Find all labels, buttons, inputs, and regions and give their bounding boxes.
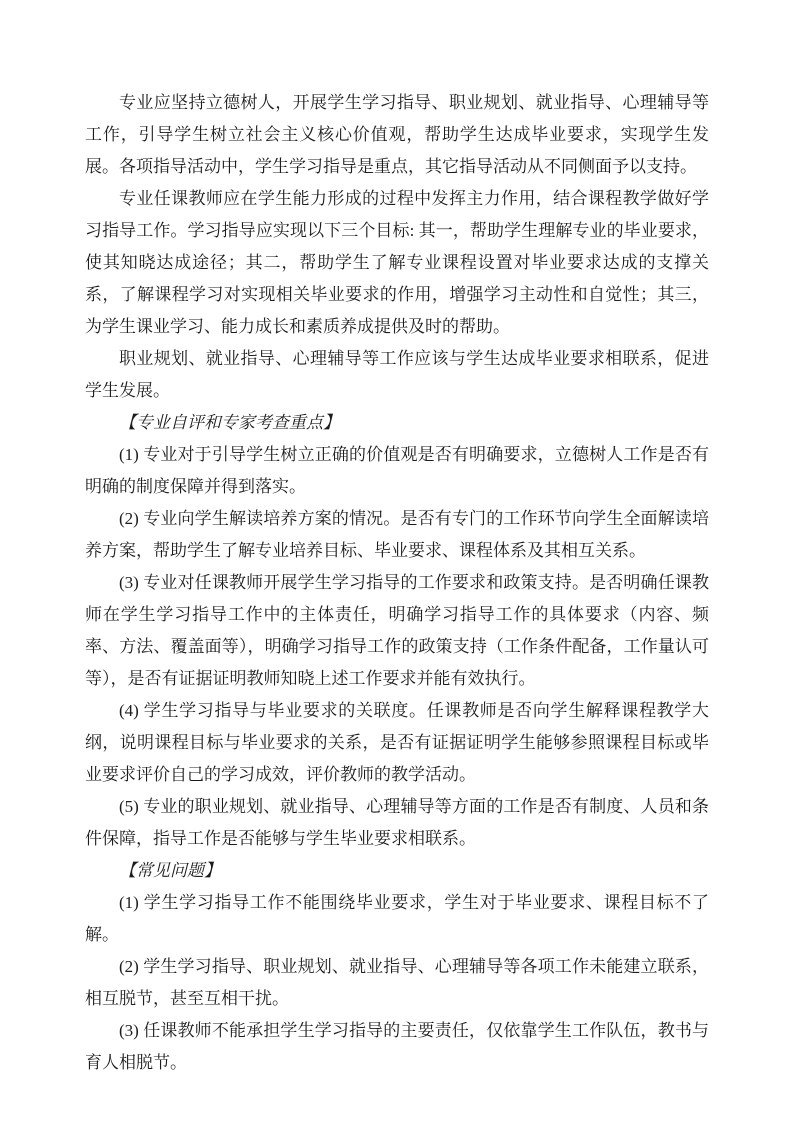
- list-item-problem-3: (3) 任课教师不能承担学生学习指导的主要责任，仅依靠学生工作队伍，教书与育人相…: [85, 1015, 709, 1079]
- paragraph-intro: 专业应坚持立德树人，开展学生学习指导、职业规划、就业指导、心理辅导等工作，引导学…: [85, 87, 709, 183]
- list-item-key-point-1: (1) 专业对于引导学生树立正确的价值观是否有明确要求，立德树人工作是否有明确的…: [85, 439, 709, 503]
- document-text-block: 专业应坚持立德树人，开展学生学习指导、职业规划、就业指导、心理辅导等工作，引导学…: [85, 87, 709, 1079]
- paragraph-teacher-role: 专业任课教师应在学生能力形成的过程中发挥主力作用，结合课程教学做好学习指导工作。…: [85, 183, 709, 343]
- list-item-problem-1: (1) 学生学习指导工作不能围绕毕业要求，学生对于毕业要求、课程目标不了解。: [85, 887, 709, 951]
- section-header-self-evaluation: 【专业自评和专家考查重点】: [85, 407, 709, 439]
- section-header-common-problems: 【常见问题】: [85, 855, 709, 887]
- list-item-key-point-5: (5) 专业的职业规划、就业指导、心理辅导等方面的工作是否有制度、人员和条件保障…: [85, 791, 709, 855]
- list-item-key-point-4: (4) 学生学习指导与毕业要求的关联度。任课教师是否向学生解释课程教学大纲，说明…: [85, 695, 709, 791]
- document-page: 专业应坚持立德树人，开展学生学习指导、职业规划、就业指导、心理辅导等工作，引导学…: [0, 0, 793, 1122]
- paragraph-career-guidance: 职业规划、就业指导、心理辅导等工作应该与学生达成毕业要求相联系，促进学生发展。: [85, 343, 709, 407]
- list-item-key-point-2: (2) 专业向学生解读培养方案的情况。是否有专门的工作环节向学生全面解读培养方案…: [85, 503, 709, 567]
- list-item-key-point-3: (3) 专业对任课教师开展学生学习指导的工作要求和政策支持。是否明确任课教师在学…: [85, 567, 709, 695]
- list-item-problem-2: (2) 学生学习指导、职业规划、就业指导、心理辅导等各项工作未能建立联系，相互脱…: [85, 951, 709, 1015]
